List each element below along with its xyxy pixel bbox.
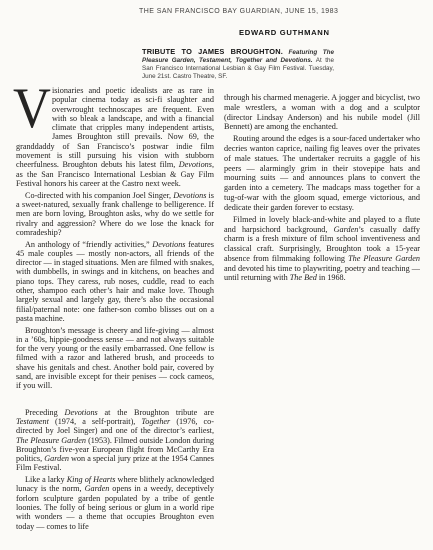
article-column-left: Visionaries and poetic idealists are as … <box>16 86 214 531</box>
article-paragraph: Like a larky King of Hearts where blithe… <box>16 475 214 531</box>
drop-cap-letter: V <box>13 87 45 133</box>
article-paragraph: through his charmed menagerie. A jogger … <box>224 93 420 132</box>
byline: EDWARD GUTHMANN <box>239 28 330 37</box>
article-paragraph: An anthology of “friendly activities,” D… <box>16 240 214 324</box>
article-paragraph: Visionaries and poetic idealists are as … <box>16 86 214 188</box>
article-column-right: through his charmed menagerie. A jogger … <box>224 93 420 283</box>
article-paragraph: Routing around the edges is a sour-faced… <box>224 134 420 212</box>
newspaper-page: { "colors": { "paper": "#fbfaf7", "ink":… <box>0 0 433 550</box>
masthead: THE SAN FRANCISCO BAY GUARDIAN, JUNE 15,… <box>139 8 338 15</box>
listing-title: TRIBUTE TO JAMES BROUGHTON. <box>142 47 283 56</box>
festival-listing: TRIBUTE TO JAMES BROUGHTON. Featuring Th… <box>142 48 334 81</box>
article-paragraph: Filmed in lovely black-and-white and pla… <box>224 215 420 283</box>
article-paragraph: Co-directed with his companion Joel Sing… <box>16 191 214 237</box>
article-paragraph: Broughton’s message is cheery and life-g… <box>16 326 214 391</box>
article-paragraph: Preceding Devotions at the Broughton tri… <box>16 408 214 473</box>
